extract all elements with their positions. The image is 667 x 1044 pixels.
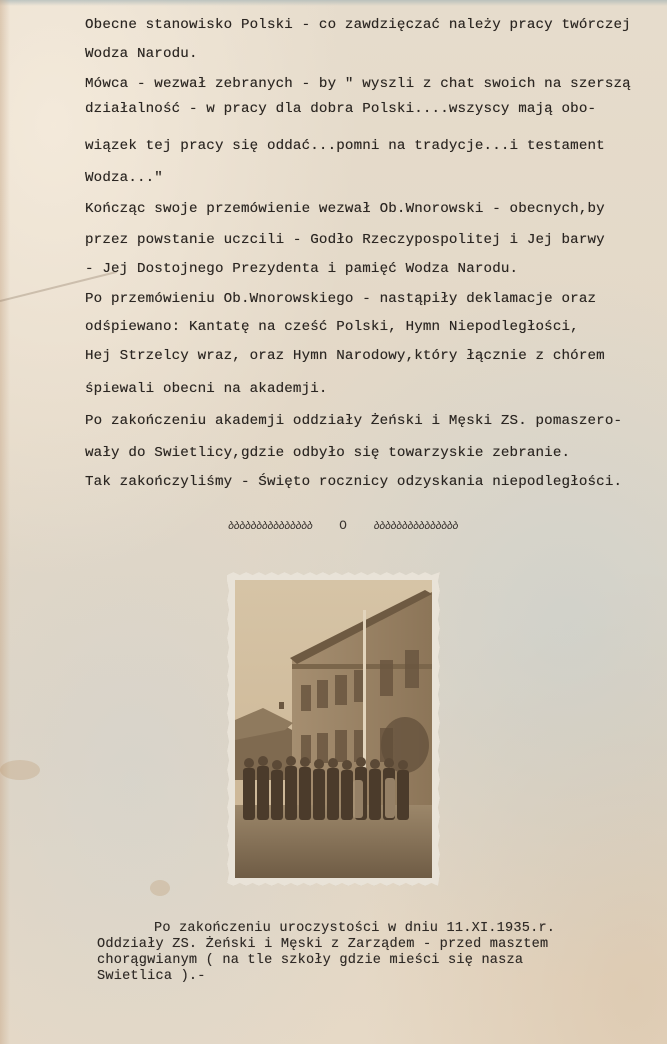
photo-caption-line: chorągwianym ( na tle szkoły gdzie mieśc… [97, 953, 523, 968]
photo-caption-line: Oddziały ZS. Żeński i Męski z Zarządem -… [97, 937, 548, 952]
body-line: wały do Swietlicy,gdzie odbyło się towar… [85, 445, 570, 461]
photo-caption-line: Po zakończeniu uroczystości w dniu 11.XI… [154, 921, 555, 936]
paper-stain [150, 880, 170, 896]
body-line: Hej Strzelcy wraz, oraz Hymn Narodowy,kt… [85, 348, 605, 364]
body-line: śpiewali obecni na akademji. [85, 381, 328, 397]
paper-top-edge [0, 0, 667, 6]
paper-stain [0, 760, 40, 780]
body-line: Po przemówieniu Ob.Wnorowskiego - nastąp… [85, 291, 596, 307]
body-line: Wodza Narodu. [85, 46, 198, 62]
divider-ornament-left: ბბბბბბბბბბბბბბბ [228, 519, 312, 533]
body-line: odśpiewano: Kantatę na cześć Polski, Hym… [85, 319, 579, 335]
body-line: działalność - w pracy dla dobra Polski..… [85, 101, 596, 117]
body-line: wiązek tej pracy się oddać...pomni na tr… [85, 138, 605, 154]
body-line: przez powstanie uczcili - Godło Rzeczypo… [85, 232, 605, 248]
divider-ornament-right: ბბბბბბბბბბბბბბბ [374, 519, 458, 533]
body-line: Tak zakończyliśmy - Święto rocznicy odzy… [85, 474, 622, 490]
body-line: Obecne stanowisko Polski - co zawdzięcza… [85, 17, 631, 33]
divider-center-mark: O [339, 518, 347, 533]
section-divider: ბბბბბბბბბბბბბბბ O ბბბბბბბბბბბბბბბ [228, 518, 458, 533]
photograph [227, 572, 440, 886]
photo-group-in-front-of-school [235, 580, 432, 878]
body-line: - Jej Dostojnego Prezydenta i pamięć Wod… [85, 261, 518, 277]
body-line: Mówca - wezwał zebranych - by " wyszli z… [85, 76, 631, 92]
photo-caption-line: Swietlica ).- [97, 969, 206, 984]
body-line: Wodza..." [85, 170, 163, 186]
paper-left-edge [0, 0, 10, 1044]
body-line: Po zakończeniu akademji oddziały Żeński … [85, 413, 622, 429]
photo-image [235, 580, 432, 878]
body-line: Kończąc swoje przemówienie wezwał Ob.Wno… [85, 201, 605, 217]
